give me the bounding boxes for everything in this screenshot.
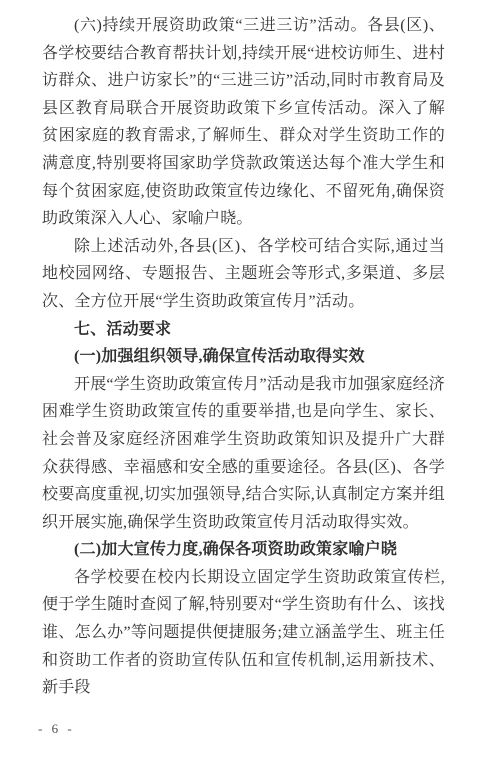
document-page: (六)持续开展资助政策“三进三访”活动。各县(区)、各学校要结合教育帮扶计划,持… <box>0 0 486 761</box>
subheading-strengthen-leadership: (一)加强组织领导,确保宣传活动取得实效 <box>42 343 445 371</box>
page-number: - 6 - <box>38 721 75 737</box>
paragraph-section-six: (六)持续开展资助政策“三进三访”活动。各县(区)、各学校要结合教育帮扶计划,持… <box>42 12 445 233</box>
paragraph-leadership-detail: 开展“学生资助政策宣传月”活动是我市加强家庭经济困难学生资助政策宣传的重要举措,… <box>42 371 445 537</box>
paragraph-additional-activities: 除上述活动外,各县(区)、各学校可结合实际,通过当地校园网络、专题报告、主题班会… <box>42 233 445 316</box>
paragraph-publicity-detail: 各学校要在校内长期设立固定学生资助政策宣传栏,便于学生随时查阅了解,特别要对“学… <box>42 564 445 702</box>
subheading-increase-publicity: (二)加大宣传力度,确保各项资助政策家喻户晓 <box>42 536 445 564</box>
section-heading-activity-requirements: 七、活动要求 <box>42 316 445 344</box>
document-content: (六)持续开展资助政策“三进三访”活动。各县(区)、各学校要结合教育帮扶计划,持… <box>42 12 445 702</box>
